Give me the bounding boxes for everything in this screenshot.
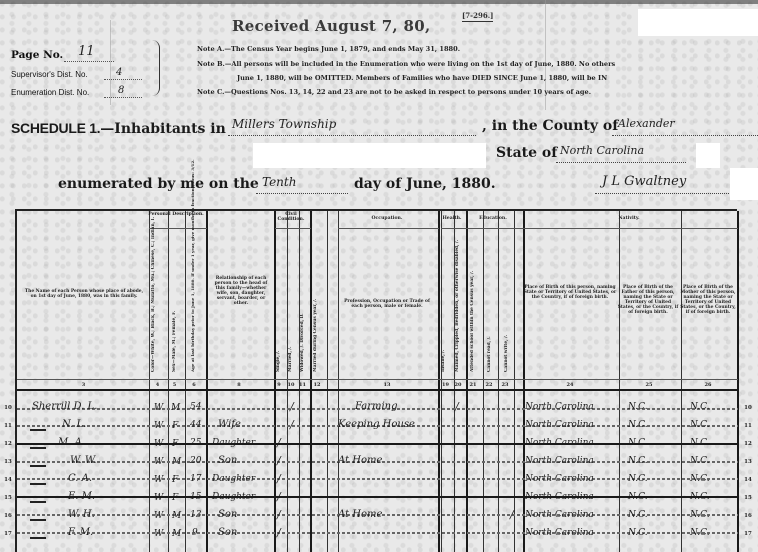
col-number: 24 <box>522 382 618 388</box>
line-number: 16 <box>2 513 14 519</box>
birthplace: North Carolina <box>525 510 594 520</box>
person-age: 25 <box>190 438 201 448</box>
schedule-title: SCHEDULE 1. <box>11 120 100 136</box>
col-header-married-year: Married during Census year, /. <box>313 285 318 372</box>
state-value: North Carolina <box>560 144 644 157</box>
col-header-birth-mother: Place of Birth of the Mother of this per… <box>680 285 736 315</box>
redaction-block <box>638 9 758 36</box>
birthplace: North Carolina <box>525 420 594 430</box>
col-header-insane: Insane, /. <box>441 345 446 372</box>
person-name: N. L. <box>62 419 86 430</box>
col-number: 8 <box>206 382 272 388</box>
col-header-color: Color—White, W.; Black, B.; Mulatto, Mu.… <box>151 232 156 372</box>
col-header-sex: Sex—Male, M.; Female, F. <box>172 300 177 372</box>
supervisor-dist-label: Supervisor's Dist. No. <box>11 70 88 79</box>
ditto-mark <box>30 447 46 449</box>
occupation: At Home <box>338 509 382 520</box>
brace-decoration <box>150 40 160 96</box>
ditto-mark <box>30 429 46 431</box>
person-age: 17 <box>190 474 201 484</box>
scan-edge <box>0 0 758 4</box>
person-color: W <box>154 439 163 449</box>
redaction-block <box>730 168 758 200</box>
line-number: 14 <box>742 477 754 483</box>
father-birthplace: N.C. <box>628 474 648 484</box>
col-header-birth-person: Place of Birth of this person, naming St… <box>523 285 617 300</box>
note-c: Note C.—Questions Nos. 13, 14, 22 and 23… <box>197 88 591 96</box>
col-header-married: Married, /. <box>288 338 293 372</box>
group-occupation: Occupation. <box>337 216 437 221</box>
father-birthplace: N.C. <box>628 456 648 466</box>
enumeration-day: Tenth <box>262 175 296 189</box>
person-sex: F <box>172 493 178 503</box>
person-name: E. M. <box>68 491 95 502</box>
col-header-name: The Name of each Person whose place of a… <box>24 289 144 299</box>
person-color: W <box>154 421 163 431</box>
person-color: W <box>154 403 163 413</box>
single-mark: / <box>277 508 281 521</box>
father-birthplace: N.C. <box>628 420 648 430</box>
redaction-block <box>253 143 486 168</box>
married-mark: / <box>290 418 294 431</box>
person-age: 15 <box>190 492 201 502</box>
col-header-widowed: Widowed, /. Divorced, D. <box>300 300 305 372</box>
line-number: 10 <box>2 405 14 411</box>
col-header-profession: Profession, Occupation or Trade of each … <box>338 299 436 309</box>
col-header-cannot-read: Cannot read, /. <box>487 330 492 372</box>
single-mark: / <box>277 454 281 467</box>
birthplace: North Carolina <box>525 438 594 448</box>
person-color: W <box>154 457 163 467</box>
line-number: 15 <box>742 495 754 501</box>
relationship: Wife <box>218 419 241 430</box>
supervisor-dist-value: 4 <box>116 67 122 78</box>
col-number: 22 <box>481 382 497 388</box>
school-mark: / <box>510 508 514 521</box>
maimed-mark: / <box>455 400 459 413</box>
group-nativity: Nativity. <box>522 216 736 221</box>
ditto-mark <box>30 537 46 539</box>
mother-birthplace: N.C. <box>690 456 710 466</box>
census-page: Received August 7, 80, [7-296.] Page No.… <box>0 0 758 552</box>
col-header-school: Attended school within the Census year, … <box>470 255 475 372</box>
date-suffix: day of June, 1880. <box>354 176 496 192</box>
page-no-value: 11 <box>78 44 95 59</box>
schedule-heading: SCHEDULE 1.—Inhabitants in <box>11 118 226 137</box>
col-header-birth-father: Place of Birth of the Father of this per… <box>617 285 679 315</box>
person-color: W <box>154 511 163 521</box>
single-mark: / <box>277 490 281 503</box>
col-header-age: Age at last birthday prior to June 1, 18… <box>190 232 195 372</box>
person-color: W <box>154 529 163 539</box>
married-mark: / <box>290 400 294 413</box>
mother-birthplace: N.C. <box>690 402 710 412</box>
person-age: 54 <box>190 402 201 412</box>
mother-birthplace: N.C. <box>690 420 710 430</box>
col-header-relationship: Relationship of each person to the head … <box>210 276 272 306</box>
col-number: 10 <box>285 382 297 388</box>
person-sex: F <box>172 439 178 449</box>
single-mark: / <box>277 526 281 539</box>
relationship: Daughter <box>212 492 255 502</box>
person-age: 44 <box>190 420 201 430</box>
redaction-block <box>696 143 720 168</box>
col-number: 5 <box>166 382 183 388</box>
ditto-mark <box>30 501 46 503</box>
township-value: Millers Township <box>232 117 336 131</box>
mother-birthplace: N.C. <box>690 492 710 502</box>
birthplace: North Carolina <box>525 402 594 412</box>
father-birthplace: N.C. <box>628 438 648 448</box>
person-sex: M <box>171 403 180 413</box>
ditto-mark <box>30 519 46 521</box>
person-name: F. M. <box>68 527 93 538</box>
mother-birthplace: N.C. <box>690 438 710 448</box>
birthplace: North Carolina <box>525 492 594 502</box>
father-birthplace: N.C. <box>628 402 648 412</box>
ditto-mark <box>30 483 46 485</box>
relationship: Son <box>218 509 237 520</box>
received-stamp: Received August 7, 80, <box>232 17 430 35</box>
person-age: 13 <box>190 510 201 520</box>
father-birthplace: N.C. <box>628 528 648 538</box>
col-number: 26 <box>680 382 736 388</box>
state-label: State of <box>496 145 557 161</box>
occupation: Farming <box>355 401 398 412</box>
col-number: 12 <box>309 382 325 388</box>
line-number: 17 <box>2 531 14 537</box>
person-sex: F <box>172 475 178 485</box>
father-birthplace: N.C. <box>628 492 648 502</box>
col-number: 3 <box>20 382 147 388</box>
ditto-mark <box>30 465 46 467</box>
form-number: [7-296.] <box>462 11 493 22</box>
col-number: 11 <box>297 382 308 388</box>
enumeration-dist-value: 8 <box>118 85 124 96</box>
line-number: 17 <box>742 531 754 537</box>
mother-birthplace: N.C. <box>690 528 710 538</box>
note-b-line1: Note B.—All persons will be included in … <box>197 60 615 68</box>
note-a: Note A.—The Census Year begins June 1, 1… <box>197 45 460 53</box>
line-number: 12 <box>742 441 754 447</box>
relationship: Daughter <box>212 438 255 448</box>
occupation: Keeping House <box>338 419 415 430</box>
person-name: W. H. <box>68 509 95 520</box>
line-number: 13 <box>2 459 14 465</box>
mother-birthplace: N.C. <box>690 474 710 484</box>
person-name: Sherrill D. L. <box>32 401 97 412</box>
father-birthplace: N.C. <box>628 510 648 520</box>
person-name: W. W. <box>70 455 97 466</box>
person-sex: F <box>172 421 178 431</box>
relationship: Daughter <box>212 474 255 484</box>
col-number: 13 <box>337 382 437 388</box>
col-number: 23 <box>497 382 513 388</box>
person-color: W <box>154 493 163 503</box>
person-age: 20 <box>190 456 201 466</box>
group-health: Health. <box>439 216 465 221</box>
col-number: 20 <box>452 382 464 388</box>
line-number: 13 <box>742 459 754 465</box>
col-header-single: Single, /. <box>276 340 281 372</box>
group-education: Education. <box>465 216 521 221</box>
birthplace: North Carolina <box>525 474 594 484</box>
mother-birthplace: N.C. <box>690 510 710 520</box>
col-header-maimed: Maimed, Crippled, Bedridden, or otherwis… <box>455 232 460 372</box>
group-personal-description: Personal Description. <box>148 212 204 217</box>
person-sex: M <box>172 529 181 539</box>
col-number: 19 <box>439 382 452 388</box>
county-label: , in the County of <box>482 118 618 134</box>
relationship: Son <box>218 455 237 466</box>
single-mark: / <box>277 472 281 485</box>
occupation: At Home <box>338 455 382 466</box>
person-color: W <box>154 475 163 485</box>
birthplace: North Carolina <box>525 456 594 466</box>
enumeration-dist-label: Enumeration Dist. No. <box>11 88 89 97</box>
group-civil-condition: Civil Condition. <box>274 212 308 222</box>
enumerator-signature: J L Gwaltney <box>602 174 686 189</box>
line-number: 10 <box>742 405 754 411</box>
birthplace: North Carolina <box>525 528 594 538</box>
person-sex: M <box>172 511 181 521</box>
col-number: 4 <box>148 382 167 388</box>
line-number: 15 <box>2 495 14 501</box>
relationship: Son <box>218 527 237 538</box>
col-number: 9 <box>273 382 285 388</box>
col-number: 25 <box>618 382 680 388</box>
single-mark: / <box>277 436 281 449</box>
page-no-label: Page No. <box>11 49 63 61</box>
inhabitants-label: —Inhabitants in <box>100 121 226 137</box>
line-number: 14 <box>2 477 14 483</box>
enumerated-label: enumerated by me on the <box>58 176 259 192</box>
line-number: 11 <box>742 423 754 429</box>
col-number: 6 <box>183 382 205 388</box>
note-b-line2: June 1, 1880, will be OMITTED. Members o… <box>237 74 607 82</box>
line-number: 11 <box>2 423 14 429</box>
line-number: 12 <box>2 441 14 447</box>
person-sex: M <box>172 457 181 467</box>
col-number: 21 <box>465 382 481 388</box>
person-name: C. A. <box>68 473 92 484</box>
line-number: 16 <box>742 513 754 519</box>
col-header-cannot-write: Cannot write, /. <box>504 328 509 372</box>
person-age: 9 <box>192 528 198 538</box>
county-value: Alexander <box>618 117 675 130</box>
person-name: M. A. <box>58 437 85 448</box>
